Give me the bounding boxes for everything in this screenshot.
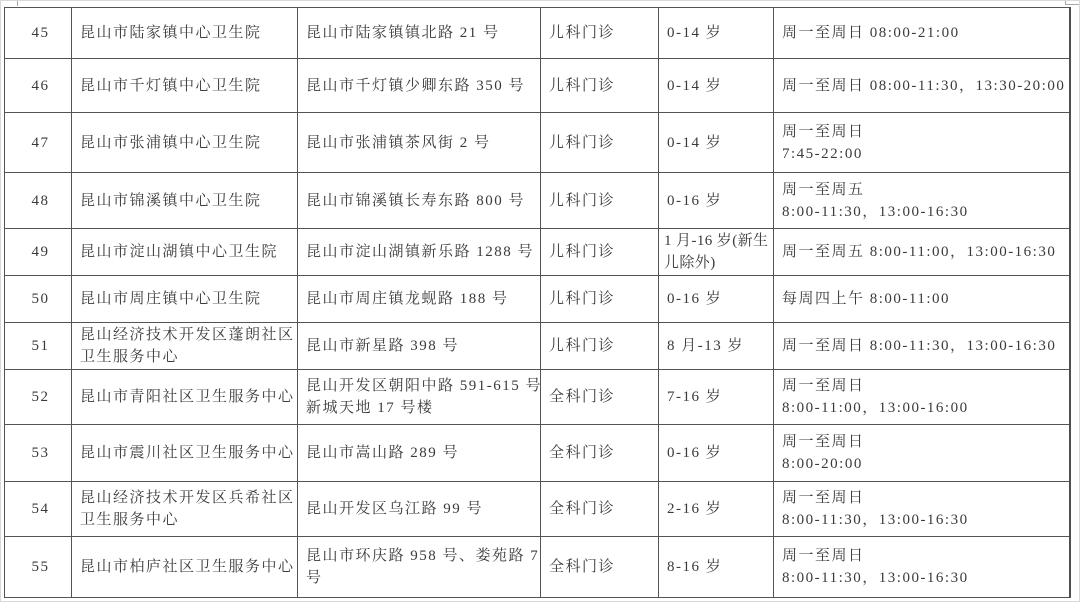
cell-hours: 周一至周日 7:45-22:00: [774, 113, 1070, 173]
cell-hours: 周一至周日 08:00-11:30，13:30-20:00: [774, 59, 1070, 113]
cell-department: 全科门诊: [541, 537, 659, 598]
cell-age-range: 8 月-13 岁: [659, 323, 774, 370]
cell-row-number: 52: [5, 370, 72, 425]
table-row: 53 昆山市震川社区卫生服务中心 昆山市嵩山路 289 号 全科门诊 0-16 …: [5, 425, 1070, 482]
table-row: 52 昆山市青阳社区卫生服务中心 昆山开发区朝阳中路 591-615 号 新城天…: [5, 370, 1070, 425]
cell-row-number: 48: [5, 173, 72, 229]
table-row: 55 昆山市柏庐社区卫生服务中心 昆山市环庆路 958 号、娄苑路 77 号 全…: [5, 537, 1070, 598]
cell-institution: 昆山市青阳社区卫生服务中心: [72, 370, 298, 425]
cell-address: 昆山开发区朝阳中路 591-615 号 新城天地 17 号楼: [298, 370, 541, 425]
cell-hours: 周一至周五 8:00-11:00，13:00-16:30: [774, 229, 1070, 276]
table-row: 51 昆山经济技术开发区蓬朗社区 卫生服务中心 昆山市新星路 398 号 儿科门…: [5, 323, 1070, 370]
document-page: 45 昆山市陆家镇中心卫生院 昆山市陆家镇镇北路 21 号 儿科门诊 0-14 …: [0, 0, 1080, 602]
cell-department: 儿科门诊: [541, 276, 659, 323]
cell-hours: 周一至周日 8:00-11:00，13:00-16:00: [774, 370, 1070, 425]
cell-institution: 昆山市柏庐社区卫生服务中心: [72, 537, 298, 598]
clinic-schedule-table: 45 昆山市陆家镇中心卫生院 昆山市陆家镇镇北路 21 号 儿科门诊 0-14 …: [4, 7, 1071, 598]
cell-address: 昆山市嵩山路 289 号: [298, 425, 541, 482]
cell-institution: 昆山市震川社区卫生服务中心: [72, 425, 298, 482]
cell-institution: 昆山市锦溪镇中心卫生院: [72, 173, 298, 229]
cell-address: 昆山市锦溪镇长寿东路 800 号: [298, 173, 541, 229]
cell-row-number: 55: [5, 537, 72, 598]
table-row: 54 昆山经济技术开发区兵希社区 卫生服务中心 昆山开发区乌江路 99 号 全科…: [5, 482, 1070, 537]
cell-row-number: 51: [5, 323, 72, 370]
cell-age-range: 2-16 岁: [659, 482, 774, 537]
cell-age-range: 0-14 岁: [659, 113, 774, 173]
cell-hours: 每周四上午 8:00-11:00: [774, 276, 1070, 323]
cell-department: 全科门诊: [541, 482, 659, 537]
cell-department: 儿科门诊: [541, 173, 659, 229]
table-row: 45 昆山市陆家镇中心卫生院 昆山市陆家镇镇北路 21 号 儿科门诊 0-14 …: [5, 8, 1070, 59]
cell-age-range: 0-16 岁: [659, 425, 774, 482]
table-row: 49 昆山市淀山湖镇中心卫生院 昆山市淀山湖镇新乐路 1288 号 儿科门诊 1…: [5, 229, 1070, 276]
cell-hours: 周一至周五 8:00-11:30，13:00-16:30: [774, 173, 1070, 229]
cell-age-range: 0-14 岁: [659, 59, 774, 113]
cropped-table-fragment-top-left: [17, 1, 18, 6]
cell-department: 全科门诊: [541, 370, 659, 425]
cell-address: 昆山市陆家镇镇北路 21 号: [298, 8, 541, 59]
table-row: 47 昆山市张浦镇中心卫生院 昆山市张浦镇茶风街 2 号 儿科门诊 0-14 岁…: [5, 113, 1070, 173]
cell-institution: 昆山市张浦镇中心卫生院: [72, 113, 298, 173]
cropped-table-fragment-top-right-horizontal: [1065, 4, 1080, 5]
cell-hours: 周一至周日 8:00-11:30，13:00-16:30: [774, 537, 1070, 598]
cell-row-number: 45: [5, 8, 72, 59]
cell-age-range: 7-16 岁: [659, 370, 774, 425]
cell-institution: 昆山市陆家镇中心卫生院: [72, 8, 298, 59]
cell-age-range: 1 月-16 岁(新生 儿除外): [659, 229, 774, 276]
cell-row-number: 54: [5, 482, 72, 537]
cell-age-range: 0-16 岁: [659, 173, 774, 229]
cell-department: 儿科门诊: [541, 59, 659, 113]
cell-hours: 周一至周日 8:00-11:30，13:00-16:30: [774, 323, 1070, 370]
cell-address: 昆山市新星路 398 号: [298, 323, 541, 370]
cell-hours: 周一至周日 8:00-20:00: [774, 425, 1070, 482]
cell-age-range: 0-14 岁: [659, 8, 774, 59]
cell-address: 昆山市千灯镇少卿东路 350 号: [298, 59, 541, 113]
cell-row-number: 53: [5, 425, 72, 482]
cell-row-number: 46: [5, 59, 72, 113]
cell-hours: 周一至周日 08:00-21:00: [774, 8, 1070, 59]
cell-address: 昆山市张浦镇茶风街 2 号: [298, 113, 541, 173]
table-row: 46 昆山市千灯镇中心卫生院 昆山市千灯镇少卿东路 350 号 儿科门诊 0-1…: [5, 59, 1070, 113]
cell-institution: 昆山经济技术开发区兵希社区 卫生服务中心: [72, 482, 298, 537]
cell-department: 儿科门诊: [541, 229, 659, 276]
cell-institution: 昆山市周庄镇中心卫生院: [72, 276, 298, 323]
cell-address: 昆山市淀山湖镇新乐路 1288 号: [298, 229, 541, 276]
cell-age-range: 8-16 岁: [659, 537, 774, 598]
cell-row-number: 50: [5, 276, 72, 323]
cell-address: 昆山开发区乌江路 99 号: [298, 482, 541, 537]
cell-department: 儿科门诊: [541, 8, 659, 59]
cell-department: 全科门诊: [541, 425, 659, 482]
cell-department: 儿科门诊: [541, 113, 659, 173]
cell-age-range: 0-16 岁: [659, 276, 774, 323]
cell-department: 儿科门诊: [541, 323, 659, 370]
cell-institution: 昆山市千灯镇中心卫生院: [72, 59, 298, 113]
cell-hours: 周一至周日 8:00-11:30，13:00-16:30: [774, 482, 1070, 537]
cell-row-number: 47: [5, 113, 72, 173]
cell-institution: 昆山经济技术开发区蓬朗社区 卫生服务中心: [72, 323, 298, 370]
cell-row-number: 49: [5, 229, 72, 276]
cell-address: 昆山市环庆路 958 号、娄苑路 77 号: [298, 537, 541, 598]
table-row: 48 昆山市锦溪镇中心卫生院 昆山市锦溪镇长寿东路 800 号 儿科门诊 0-1…: [5, 173, 1070, 229]
cell-institution: 昆山市淀山湖镇中心卫生院: [72, 229, 298, 276]
table-row: 50 昆山市周庄镇中心卫生院 昆山市周庄镇龙蚬路 188 号 儿科门诊 0-16…: [5, 276, 1070, 323]
cell-address: 昆山市周庄镇龙蚬路 188 号: [298, 276, 541, 323]
